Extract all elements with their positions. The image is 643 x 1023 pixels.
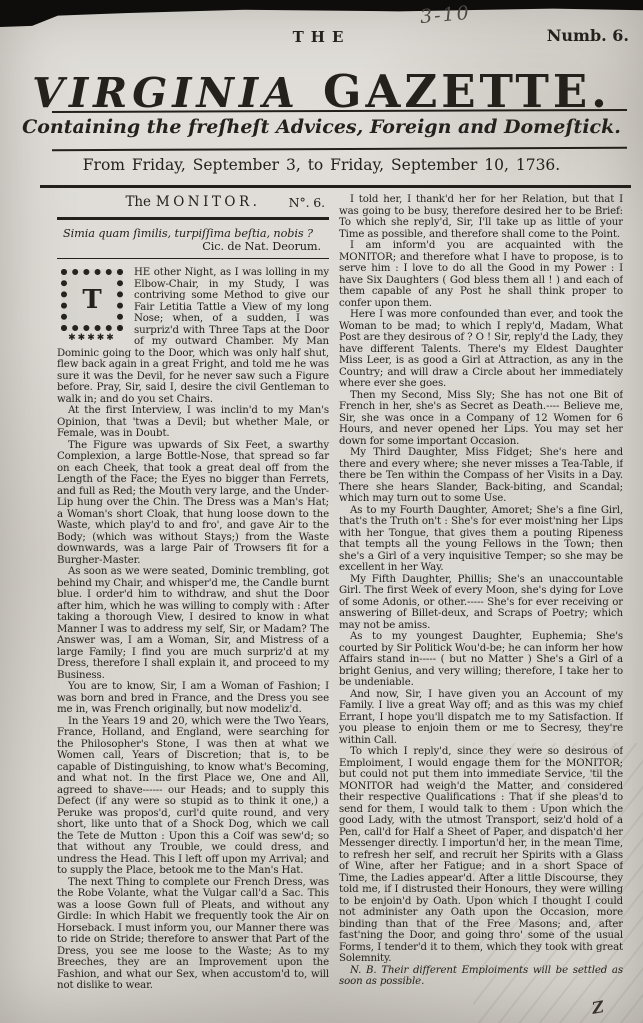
opening-paragraph-block: T ✱✱✱✱✱ HE other Night, as I was lolling… — [57, 267, 329, 405]
body-paragraph: Then my Second, Miss Sly; She has not on… — [339, 390, 623, 448]
scan-edge-artifact — [0, 0, 643, 27]
body-paragraph: At the first Interview, I was inclin'd t… — [57, 405, 329, 440]
body-paragraph: My Fifth Daughter, Phillis; She's an una… — [339, 574, 623, 632]
horizontal-rule — [57, 258, 329, 260]
body-paragraph: In the Years 19 and 20, which were the T… — [57, 716, 329, 877]
section-header: The MONITOR. N°. 6. — [57, 197, 329, 209]
masthead-dateline: From Friday, September 3, to Friday, Sep… — [0, 156, 643, 174]
ornamental-drop-cap: T ✱✱✱✱✱ — [57, 269, 127, 344]
horizontal-rule — [52, 147, 627, 152]
right-column: I told her, I thank'd her for her Relati… — [339, 194, 623, 1020]
body-paragraph: I am inform'd you are acquainted with th… — [339, 240, 623, 309]
nota-bene: N. B. Their different Emploiments will b… — [339, 965, 623, 988]
body-paragraph: As to my Fourth Daughter, Amoret; She's … — [339, 505, 623, 574]
left-paragraphs: At the first Interview, I was inclin'd t… — [57, 405, 329, 992]
motto-quote: Simia quam ſimilis, turpiſſima beſtia, n… — [57, 227, 329, 240]
masthead-subtitle: Containing the freſheſt Advices, Foreign… — [0, 116, 643, 138]
fleuron-row-icon: ✱✱✱✱✱ — [57, 333, 127, 344]
body-paragraph: And now, Sir, I have given you an Accoun… — [339, 689, 623, 747]
fleuron-frame: T — [61, 269, 123, 331]
motto-block: Simia quam ſimilis, turpiſſima beſtia, n… — [57, 227, 329, 253]
newspaper-page: 3-10 THE Numb. 6. VIRGINIA GAZETTE. Cont… — [0, 0, 643, 1023]
body-paragraph: The Figure was upwards of Six Feet, a sw… — [57, 440, 329, 567]
body-paragraph: The next Thing to complete our French Dr… — [57, 877, 329, 992]
section-title-prefix: The — [126, 197, 151, 209]
body-paragraph: As soon as we were seated, Dominic tremb… — [57, 566, 329, 681]
handwritten-annotation: 3-10 — [419, 2, 471, 28]
article-columns: The MONITOR. N°. 6. Simia quam ſimilis, … — [57, 194, 623, 1020]
section-title: MONITOR. — [156, 197, 261, 209]
body-paragraph: You are to know, Sir, I am a Woman of Fa… — [57, 681, 329, 716]
drop-cap-letter: T — [82, 287, 101, 313]
section-number: N°. 6. — [289, 197, 325, 209]
body-paragraph: My Third Daughter, Miss Fidget; She's he… — [339, 447, 623, 505]
issue-number: Numb. 6. — [547, 26, 629, 45]
body-paragraph: Here I was more confounded than ever, an… — [339, 309, 623, 390]
body-paragraph: To which I reply'd, since they were so d… — [339, 746, 623, 965]
body-paragraph: As to my youngest Daughter, Euphemia; Sh… — [339, 631, 623, 689]
motto-attribution: Cic. de Nat. Deorum. — [57, 240, 329, 253]
right-paragraphs: I told her, I thank'd her for her Relati… — [339, 194, 623, 965]
body-paragraph: I told her, I thank'd her for her Relati… — [339, 194, 623, 240]
horizontal-rule — [40, 185, 631, 188]
horizontal-rule — [57, 217, 329, 220]
left-column: The MONITOR. N°. 6. Simia quam ſimilis, … — [57, 194, 329, 1020]
